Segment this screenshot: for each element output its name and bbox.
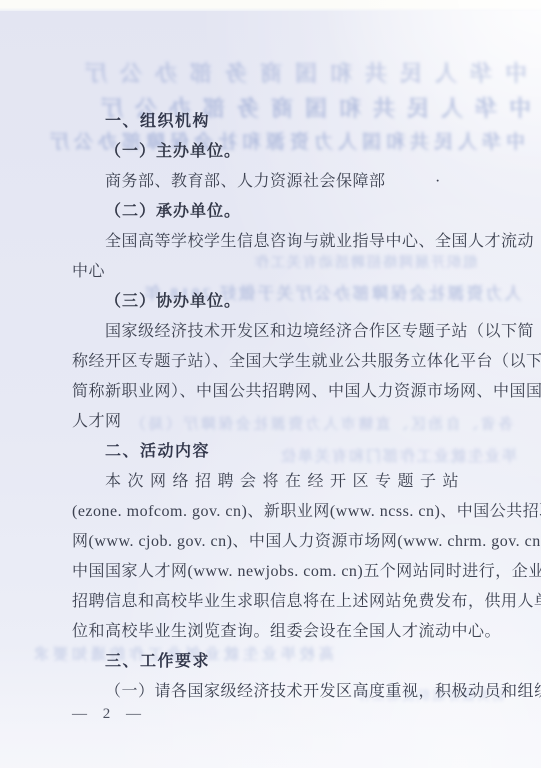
page-number: — 2 — (72, 706, 147, 723)
body-line-websites: 网(www. cjob. gov. cn)、中国人力资源市场网(www. chr… (72, 531, 484, 552)
subheading-organizer-unit: （二）承办单位。 (72, 201, 517, 222)
section-heading-organization: 一、组织机构 (72, 111, 517, 132)
scan-edge-strip (0, 0, 541, 11)
subheading-co-organizer-unit: （三）协办单位。 (72, 291, 517, 312)
body-line: 招聘信息和高校毕业生求职信息将在上述网站免费发布，供用人单 (72, 591, 484, 612)
body-line: 位和高校毕业生浏览查询。组委会设在全国人才流动中心。 (72, 621, 484, 642)
body-line-justified: 本次网络招聘会将在经开区专题子站 (72, 471, 517, 492)
body-line: 人才网 (72, 411, 484, 432)
scanned-document-page: 中华人民共和国商务部办公厅 中华人民共和国商务部办公厅 中华人民共和国人力资源和… (0, 0, 541, 768)
body-line-websites: 中国国家人才网(www. newjobs. com. cn)五个网站同时进行，企… (72, 561, 484, 582)
body-line: 称经开区专题子站）、全国大学生就业公共服务立体化平台（以下 (72, 351, 484, 372)
body-line: 全国高等学校学生信息咨询与就业指导中心、全国人才流动 (72, 231, 517, 252)
subheading-host-unit: （一）主办单位。 (72, 141, 517, 162)
body-line: 中心 (72, 261, 484, 282)
body-line: 国家级经济技术开发区和边境经济合作区专题子站（以下简 (72, 321, 517, 342)
body-line: （一）请各国家级经济技术开发区高度重视，积极动员和组织 (72, 681, 517, 702)
bleedthrough-line: 中华人民共和国商务部办公厅 (72, 57, 527, 88)
body-line-host-units: 商务部、教育部、人力资源社会保障部 · (72, 171, 517, 192)
section-heading-requirements: 三、工作要求 (72, 651, 517, 672)
body-line-websites: (ezone. mofcom. gov. cn)、新职业网(www. ncss.… (72, 501, 484, 522)
section-heading-activities: 二、活动内容 (72, 441, 517, 462)
body-line: 简称新职业网）、中国公共招聘网、中国人力资源市场网、中国国家 (72, 381, 484, 402)
